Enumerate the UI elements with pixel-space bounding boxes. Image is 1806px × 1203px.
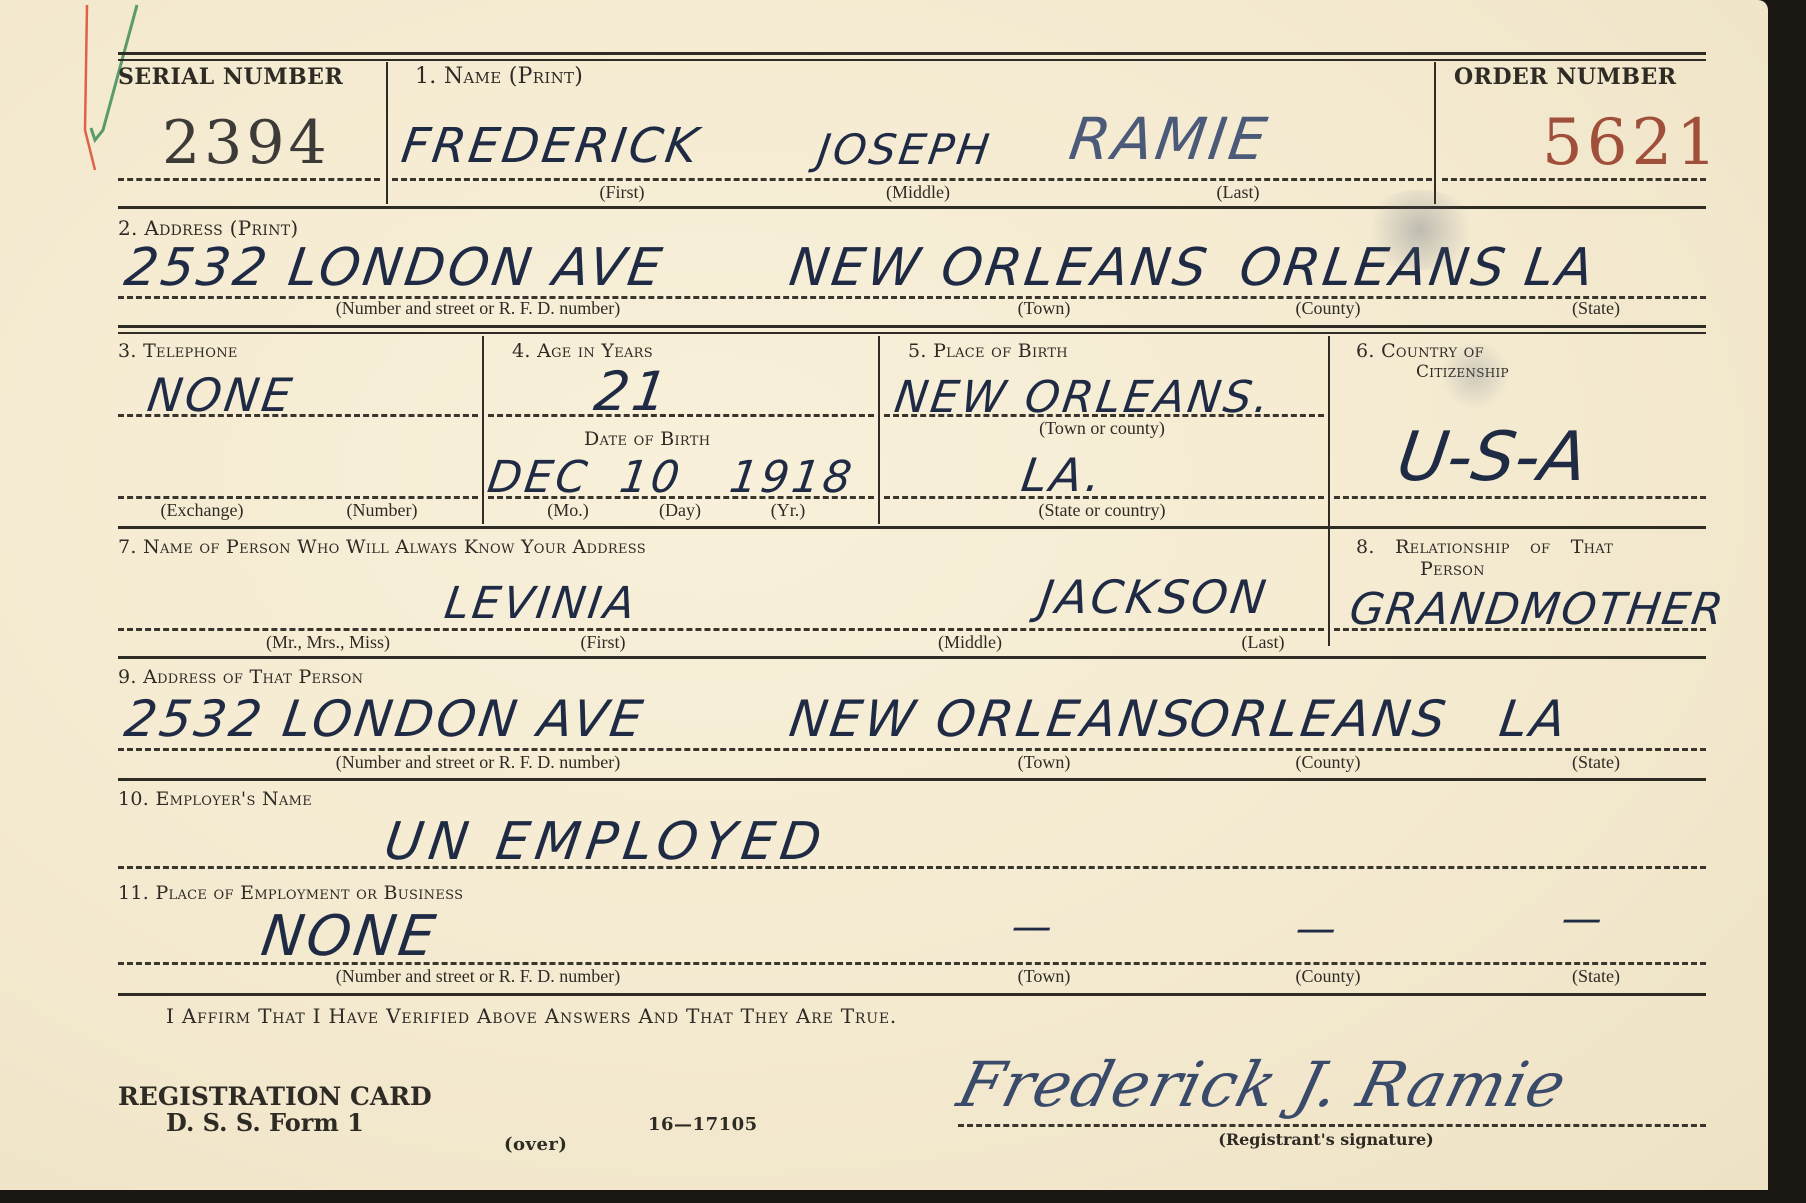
contact-address-line [118,748,1706,751]
dob-sub-yr: (Yr.) [771,500,806,521]
address-town-value: NEW ORLEANS [786,238,1214,298]
contact-sub-last: (Last) [1242,632,1285,653]
birthplace-sub-state: (State or country) [1039,500,1166,521]
contact-address-town-value: NEW ORLEANS [786,690,1198,748]
birthplace-sub-town: (Town or county) [1039,418,1165,439]
address-sub-town: (Town) [1018,298,1071,319]
signature-label: (Registrant's signature) [1218,1130,1433,1149]
row2-bottom-rule [118,325,1706,328]
telephone-sub-number: (Number) [347,500,418,521]
address-sub-county: (County) [1296,298,1361,319]
name-middle-value: JOSEPH [815,125,995,174]
contact-address-sub-street: (Number and street or R. F. D. number) [336,752,621,773]
print-code: 16—17105 [648,1114,758,1135]
employment-place-sub-street: (Number and street or R. F. D. number) [336,966,621,987]
form-id: D. S. S. Form 1 [166,1108,364,1137]
serial-number-line [118,178,380,181]
birthplace-label: 5. Place of Birth [908,340,1068,362]
name-sub-last: (Last) [1217,182,1260,203]
address-state-value: LA [1521,238,1600,298]
divider-3-4 [482,336,484,524]
age-label: 4. Age in Years [512,340,653,362]
contact-address-state-value: LA [1496,690,1572,748]
row3-bottom-rule [118,526,1706,529]
registrant-signature: Frederick J. Ramie [951,1048,1574,1121]
divider-4-5 [878,336,880,524]
order-number-value: 5621 [1542,106,1721,180]
telephone-sub-exchange: (Exchange) [161,500,244,521]
ink-smudge-2 [1440,340,1510,410]
relationship-label-2: Person [1420,558,1485,580]
contact-last-value: JACKSON [1036,570,1272,624]
name-first-value: FREDERICK [398,118,704,174]
contact-sub-middle: (Middle) [938,632,1002,653]
contact-first-value: LEVINIA [441,578,641,629]
birthplace-state-value: LA. [1018,448,1107,502]
contact-address-sub-state: (State) [1572,752,1620,773]
signature-line [958,1124,1706,1127]
top-rule-2 [118,59,1706,61]
address-label: 2. Address (Print) [118,216,299,240]
contact-address-county-value: ORLEANS [1186,690,1452,748]
row5-bottom-rule [118,778,1706,781]
serial-number-value: 2394 [162,108,331,178]
employment-place-state-value: — [1559,896,1608,942]
check-mark-icon [55,0,145,190]
employment-place-sub-state: (State) [1572,966,1620,987]
form-title: REGISTRATION CARD [118,1082,432,1111]
employer-label: 10. Employer's Name [118,788,312,810]
employment-place-sub-county: (County) [1296,966,1361,987]
affirmation-text: I Affirm That I Have Verified Above Answ… [166,1004,897,1028]
employment-place-county-value: — [1293,906,1342,952]
dob-sub-mo: (Mo.) [547,500,589,521]
telephone-label: 3. Telephone [118,340,238,362]
birthplace-state-line [884,496,1324,499]
employment-place-town-value: — [1009,904,1058,950]
employer-line [118,866,1706,869]
age-line [488,414,874,417]
employment-place-label: 11. Place of Employment or Business [118,882,463,904]
telephone-line-1 [118,414,478,417]
employment-place-sub-town: (Town) [1018,966,1071,987]
order-divider [1434,62,1436,204]
contact-address-street-value: 2532 LONDON AVE [121,690,649,748]
relationship-line [1334,628,1706,631]
row4-bottom-rule [118,656,1706,659]
citizenship-line [1334,496,1706,499]
contact-sub-title: (Mr., Mrs., Miss) [266,632,390,653]
contact-address-label: 9. Address of That Person [118,666,363,688]
over-text: (over) [504,1134,567,1155]
top-rule [118,52,1706,55]
citizenship-value: U-S-A [1392,418,1592,497]
relationship-label-1: 8. Relationship of That [1356,536,1613,558]
name-line [392,178,1432,181]
divider-5-6 [1328,336,1330,646]
row2-bottom-rule-2 [118,332,1706,334]
contact-address-sub-town: (Town) [1018,752,1071,773]
contact-sub-first: (First) [581,632,626,653]
employment-place-street-value: NONE [257,904,441,969]
name-sub-first: (First) [600,182,645,203]
dob-label: Date of Birth [584,428,710,450]
birthplace-town-line [884,414,1324,417]
name-last-value: RAMIE [1065,105,1273,173]
contact-line [118,628,1324,631]
serial-divider [386,62,388,204]
registration-card: SERIAL NUMBER 2394 1. Name (Print) FREDE… [0,0,1768,1190]
ink-smudge [1360,190,1480,270]
row7-bottom-rule [118,993,1706,996]
dob-sub-day: (Day) [659,500,701,521]
employer-value: UN EMPLOYED [381,812,831,872]
serial-number-label: SERIAL NUMBER [118,64,343,90]
contact-label: 7. Name of Person Who Will Always Know Y… [118,536,646,558]
contact-address-sub-county: (County) [1296,752,1361,773]
order-number-line [1442,178,1706,181]
employment-place-line [118,962,1706,965]
order-number-label: ORDER NUMBER [1454,64,1677,90]
address-sub-state: (State) [1572,298,1620,319]
telephone-line-2 [118,496,478,499]
name-label: 1. Name (Print) [415,64,583,89]
dob-line [488,496,874,499]
name-sub-middle: (Middle) [886,182,950,203]
address-sub-street: (Number and street or R. F. D. number) [336,298,621,319]
address-street-value: 2532 LONDON AVE [121,238,668,298]
